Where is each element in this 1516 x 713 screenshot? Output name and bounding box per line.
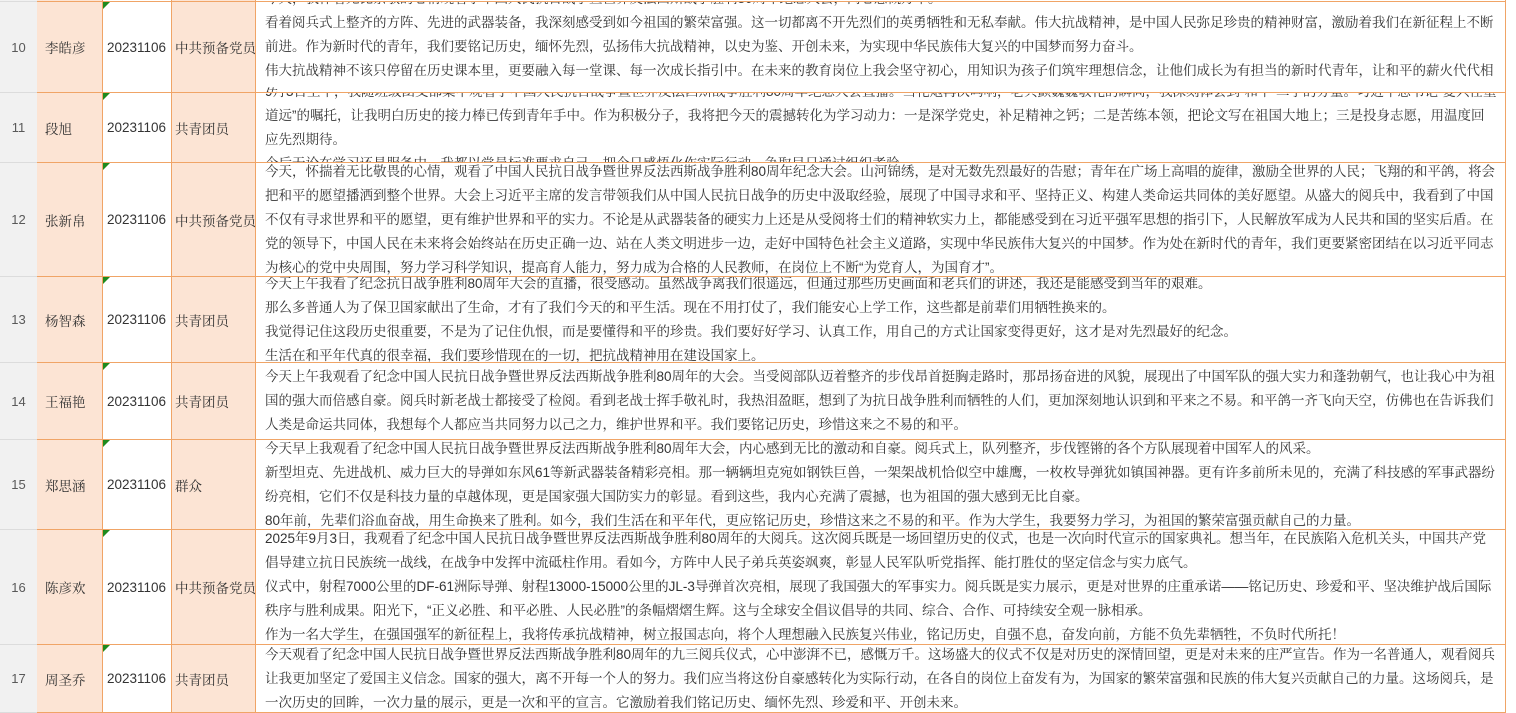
status-label: 共青团员 [175, 669, 229, 689]
reflection-paragraph: 伟大抗战精神不该只停留在历史课本里，更要融入每一堂课、每一次成长指引中。在未来的… [265, 59, 1497, 93]
name-label: 郑思涵 [45, 475, 86, 495]
status-label: 共青团员 [175, 118, 229, 138]
reflection-cell[interactable]: 今天上午我看了纪念抗日战争胜利80周年大会的直播，很受感动。虽然战争离我们很遥远… [256, 277, 1506, 363]
date-label: 20231106 [107, 580, 166, 595]
table-row: 10 李皓彦 20231106 中共预备党员 今天，我怀着无比崇敬的心情观看了中… [0, 2, 1516, 93]
date-cell[interactable]: 20231106 [103, 645, 172, 713]
name-cell[interactable]: 张新帛 [37, 163, 103, 277]
text-as-number-indicator-icon [103, 163, 110, 170]
reflection-cell[interactable]: 今天早上我观看了纪念中国人民抗日战争暨世界反法西斯战争胜利80周年大会，内心感到… [256, 440, 1506, 530]
status-label: 中共预备党员 [175, 210, 256, 230]
reflection-paragraph: 9月3日上午，我随班级团支部集中观看了中国人民抗日战争暨世界反法西斯战争胜利80… [265, 93, 1497, 152]
name-label: 王福艳 [45, 391, 86, 411]
row-number-cell[interactable]: 11 [0, 93, 37, 163]
date-cell[interactable]: 20231106 [103, 530, 172, 645]
reflection-paragraph: 看着阅兵式上整齐的方阵、先进的武器装备，我深刻感受到如今祖国的繁荣富强。这一切都… [265, 11, 1497, 59]
date-label: 20231106 [107, 212, 166, 227]
grid-margin [1506, 363, 1516, 440]
name-label: 李皓彦 [45, 37, 86, 57]
reflection-cell[interactable]: 今天观看了纪念中国人民抗日战争暨世界反法西斯战争胜利80周年的九三阅兵仪式，心中… [256, 645, 1506, 713]
reflection-paragraph: 今天上午我观看了纪念中国人民抗日战争暨世界反法西斯战争胜利80周年的大会。当受阅… [265, 365, 1497, 437]
status-cell[interactable]: 共青团员 [172, 645, 256, 713]
status-cell[interactable]: 中共预备党员 [172, 530, 256, 645]
status-cell[interactable]: 共青团员 [172, 363, 256, 440]
table-body: 10 李皓彦 20231106 中共预备党员 今天，我怀着无比崇敬的心情观看了中… [0, 2, 1516, 713]
reflection-paragraph: 80年前，先辈们浴血奋战，用生命换来了胜利。如今，我们生活在和平年代，更应铭记历… [265, 509, 1497, 531]
table-row: 15 郑思涵 20231106 群众 今天早上我观看了纪念中国人民抗日战争暨世界… [0, 440, 1516, 530]
reflection-paragraph: 2025年9月3日，我观看了纪念中国人民抗日战争暨世界反法西斯战争胜利80周年的… [265, 530, 1497, 575]
reflection-paragraph: 新型坦克、先进战机、威力巨大的导弹如东风61等新武器装备精彩亮相。那一辆辆坦克宛… [265, 461, 1497, 509]
name-cell[interactable]: 郑思涵 [37, 440, 103, 530]
status-label: 中共预备党员 [175, 37, 256, 57]
reflection-cell[interactable]: 今天，怀揣着无比敬畏的心情，观看了中国人民抗日战争暨世界反法西斯战争胜利80周年… [256, 163, 1506, 277]
text-as-number-indicator-icon [103, 645, 110, 652]
table-row: 11 段旭 20231106 共青团员 9月3日上午，我随班级团支部集中观看了中… [0, 93, 1516, 163]
grid-margin [1506, 440, 1516, 530]
status-label: 共青团员 [175, 391, 229, 411]
grid-margin [1506, 277, 1516, 363]
row-number-label: 11 [12, 120, 26, 135]
date-label: 20231106 [107, 394, 166, 409]
text-as-number-indicator-icon [103, 440, 110, 447]
reflection-paragraph: 我觉得记住这段历史很重要，不是为了记住仇恨，而是要懂得和平的珍贵。我们要好好学习… [265, 320, 1497, 344]
grid-margin [1506, 163, 1516, 277]
date-cell[interactable]: 20231106 [103, 363, 172, 440]
row-number-cell[interactable]: 17 [0, 645, 37, 713]
text-as-number-indicator-icon [103, 277, 110, 284]
status-cell[interactable]: 群众 [172, 440, 256, 530]
status-cell[interactable]: 中共预备党员 [172, 2, 256, 93]
row-number-cell[interactable]: 13 [0, 277, 37, 363]
reflection-cell[interactable]: 今天上午我观看了纪念中国人民抗日战争暨世界反法西斯战争胜利80周年的大会。当受阅… [256, 363, 1506, 440]
status-cell[interactable]: 中共预备党员 [172, 163, 256, 277]
date-cell[interactable]: 20231106 [103, 2, 172, 93]
grid-margin [1506, 530, 1516, 645]
date-label: 20231106 [107, 40, 166, 55]
date-label: 20231106 [107, 671, 166, 686]
row-number-label: 10 [11, 40, 25, 55]
name-label: 杨智森 [45, 310, 86, 330]
row-number-cell[interactable]: 10 [0, 2, 37, 93]
text-as-number-indicator-icon [103, 2, 110, 9]
row-number-cell[interactable]: 12 [0, 163, 37, 277]
reflection-cell[interactable]: 2025年9月3日，我观看了纪念中国人民抗日战争暨世界反法西斯战争胜利80周年的… [256, 530, 1506, 645]
row-number-label: 14 [11, 394, 25, 409]
name-cell[interactable]: 杨智森 [37, 277, 103, 363]
status-cell[interactable]: 共青团员 [172, 277, 256, 363]
reflection-paragraph: 今天上午我看了纪念抗日战争胜利80周年大会的直播，很受感动。虽然战争离我们很遥远… [265, 277, 1497, 296]
date-label: 20231106 [107, 120, 166, 135]
grid-margin [1506, 2, 1516, 93]
name-label: 张新帛 [45, 210, 86, 230]
name-cell[interactable]: 李皓彦 [37, 2, 103, 93]
row-number-label: 15 [11, 477, 25, 492]
table-row: 17 周圣乔 20231106 共青团员 今天观看了纪念中国人民抗日战争暨世界反… [0, 645, 1516, 713]
row-number-cell[interactable]: 14 [0, 363, 37, 440]
reflection-cell[interactable]: 9月3日上午，我随班级团支部集中观看了中国人民抗日战争暨世界反法西斯战争胜利80… [256, 93, 1506, 163]
name-label: 陈彦欢 [45, 577, 86, 597]
reflection-paragraph: 今后无论在学习还是服务中，我都以党员标准要求自己，把今日感悟化作实际行动，争取早… [265, 152, 1497, 164]
status-label: 中共预备党员 [175, 577, 256, 597]
date-cell[interactable]: 20231106 [103, 93, 172, 163]
row-number-cell[interactable]: 15 [0, 440, 37, 530]
row-number-label: 13 [11, 312, 25, 327]
table-row: 16 陈彦欢 20231106 中共预备党员 2025年9月3日，我观看了纪念中… [0, 530, 1516, 645]
name-cell[interactable]: 周圣乔 [37, 645, 103, 713]
status-cell[interactable]: 共青团员 [172, 93, 256, 163]
reflection-paragraph: 今天早上我观看了纪念中国人民抗日战争暨世界反法西斯战争胜利80周年大会，内心感到… [265, 440, 1497, 461]
reflection-paragraph: 作为一名大学生，在强国强军的新征程上，我将传承抗战精神，树立报国志向，将个人理想… [265, 623, 1497, 645]
table-row: 12 张新帛 20231106 中共预备党员 今天，怀揣着无比敬畏的心情，观看了… [0, 163, 1516, 277]
date-label: 20231106 [107, 312, 166, 327]
text-as-number-indicator-icon [103, 530, 110, 537]
date-cell[interactable]: 20231106 [103, 440, 172, 530]
status-label: 群众 [175, 475, 202, 495]
grid-margin [1506, 645, 1516, 713]
grid-margin [1506, 93, 1516, 163]
reflection-paragraph: 仪式中，射程7000公里的DF-61洲际导弹、射程13000-15000公里的J… [265, 575, 1497, 623]
text-as-number-indicator-icon [103, 363, 110, 370]
reflection-paragraph: 今天，怀揣着无比敬畏的心情，观看了中国人民抗日战争暨世界反法西斯战争胜利80周年… [265, 163, 1497, 277]
row-number-label: 17 [11, 671, 25, 686]
reflection-paragraph: 那么多普通人为了保卫国家献出了生命，才有了我们今天的和平生活。现在不用打仗了，我… [265, 296, 1497, 320]
name-label: 段旭 [45, 118, 72, 138]
reflection-paragraph: 今天观看了纪念中国人民抗日战争暨世界反法西斯战争胜利80周年的九三阅兵仪式，心中… [265, 645, 1497, 713]
name-cell[interactable]: 陈彦欢 [37, 530, 103, 645]
date-cell[interactable]: 20231106 [103, 163, 172, 277]
row-number-cell[interactable]: 16 [0, 530, 37, 645]
table-row: 13 杨智森 20231106 共青团员 今天上午我看了纪念抗日战争胜利80周年… [0, 277, 1516, 363]
row-number-label: 16 [11, 580, 25, 595]
name-cell[interactable]: 王福艳 [37, 363, 103, 440]
name-cell[interactable]: 段旭 [37, 93, 103, 163]
date-cell[interactable]: 20231106 [103, 277, 172, 363]
date-label: 20231106 [107, 477, 166, 492]
table-row: 14 王福艳 20231106 共青团员 今天上午我观看了纪念中国人民抗日战争暨… [0, 363, 1516, 440]
row-number-label: 12 [11, 212, 25, 227]
reflection-paragraph: 生活在和平年代真的很幸福，我们要珍惜现在的一切，把抗战精神用在建设国家上。 [265, 344, 1497, 364]
name-label: 周圣乔 [45, 669, 86, 689]
reflection-paragraph: 今天，我怀着无比崇敬的心情观看了中国人民抗日战争暨世界反法西斯战争胜利80周年纪… [265, 2, 1497, 11]
status-label: 共青团员 [175, 310, 229, 330]
spreadsheet-grid: 10 李皓彦 20231106 中共预备党员 今天，我怀着无比崇敬的心情观看了中… [0, 0, 1516, 713]
text-as-number-indicator-icon [103, 93, 110, 100]
reflection-cell[interactable]: 今天，我怀着无比崇敬的心情观看了中国人民抗日战争暨世界反法西斯战争胜利80周年纪… [256, 2, 1506, 93]
